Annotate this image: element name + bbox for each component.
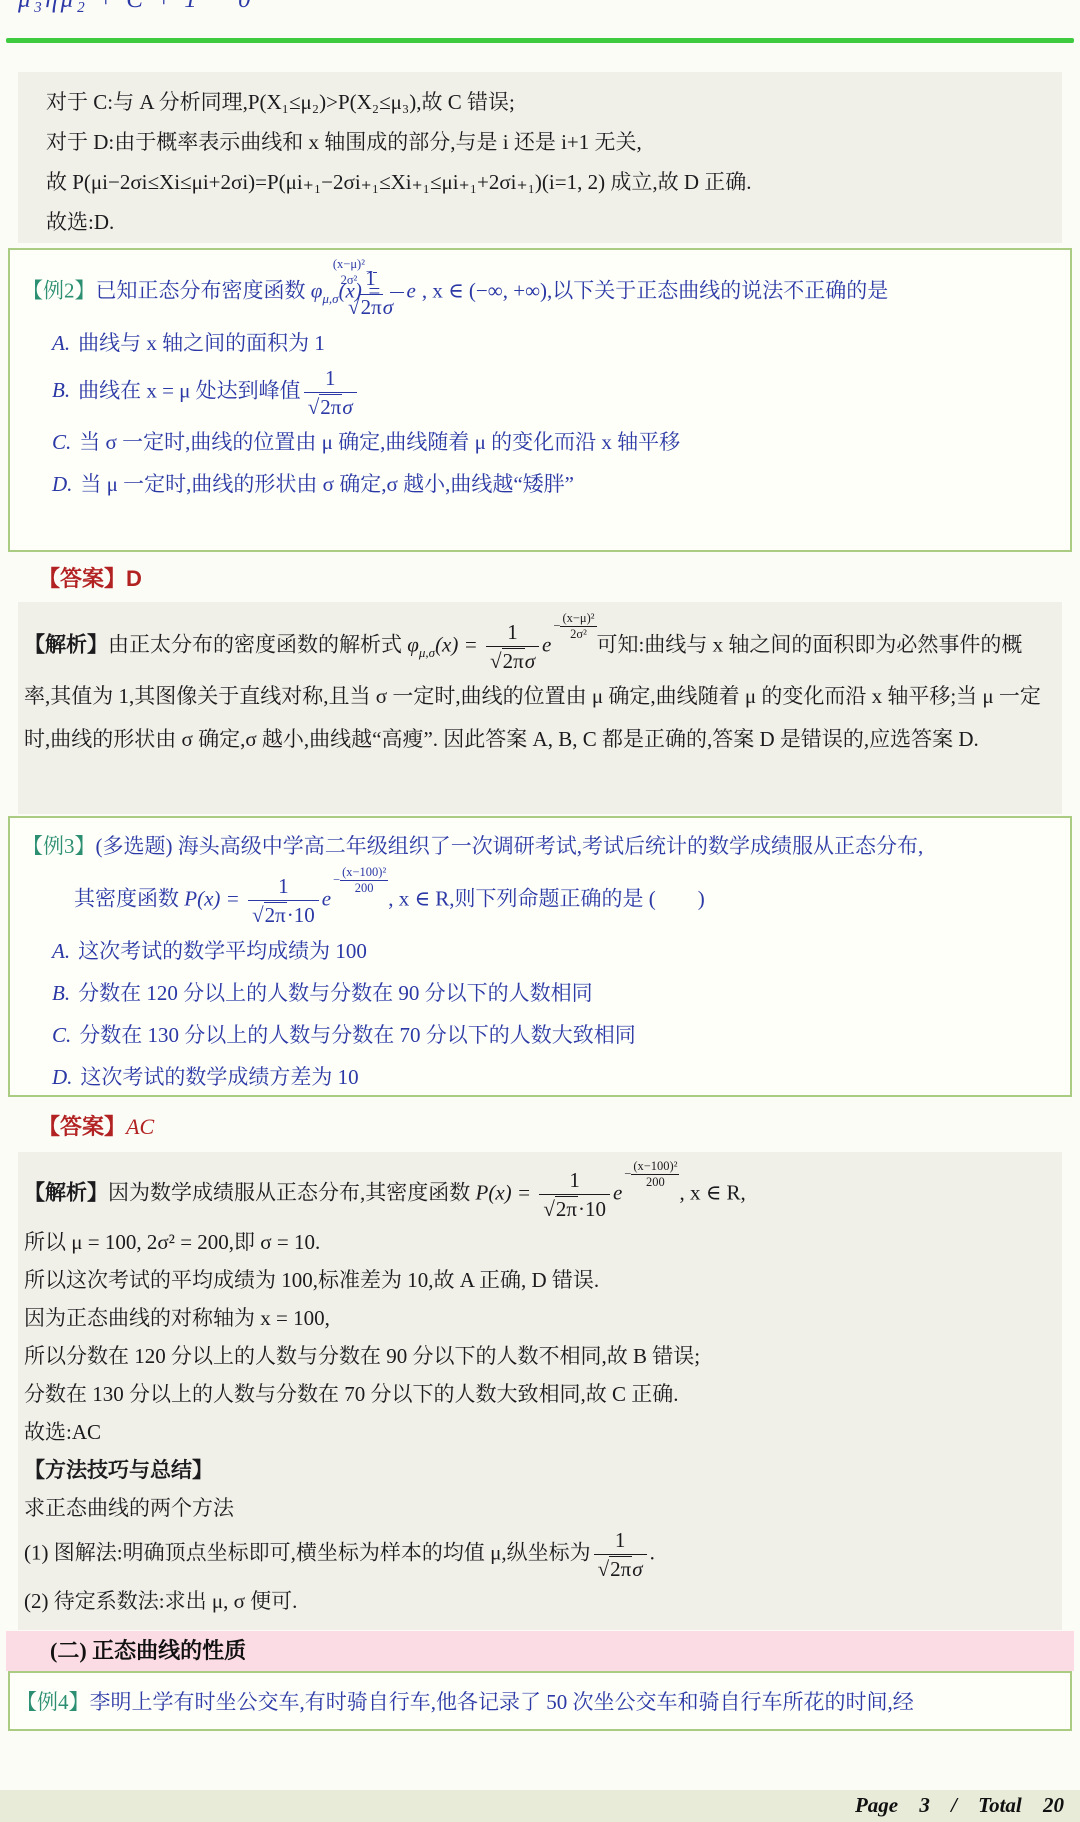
radical-sign: √	[598, 1557, 610, 1581]
fraction-denominator: √2πσ	[304, 393, 357, 420]
fraction: 1√2πσ	[594, 1527, 647, 1583]
section-header: (二) 正态曲线的性质	[6, 1631, 1074, 1671]
analysis-line: 因为正态曲线的对称轴为 x = 100,	[24, 1299, 1046, 1337]
analysis-post: , x ∈ R,	[679, 1181, 745, 1205]
example4-text: 李明上学有时坐公交车,有时骑自行车,他各记录了 50 次坐公交车和骑自行车所花的…	[90, 1690, 914, 1714]
method-item-1-pre: (1) 图解法:明确顶点坐标即可,横坐标为样本的均值 μ,纵坐标为	[24, 1540, 591, 1564]
example4-label: 【例4】	[16, 1690, 90, 1714]
section-header-text: (二) 正态曲线的性质	[50, 1638, 246, 1663]
fraction-numerator: 1	[248, 873, 319, 901]
fraction-denominator: √2πσ	[594, 1555, 647, 1582]
analysis-line: 故选:AC	[24, 1413, 1046, 1451]
radical-body: 2π	[502, 648, 525, 673]
example3-answer: 【答案】AC	[8, 1110, 154, 1141]
denominator-rest: σ	[525, 649, 535, 673]
method-summary-title: 【方法技巧与总结】	[24, 1451, 1046, 1489]
example2-intro-pre: 已知正态分布密度函数	[96, 279, 311, 303]
method-summary-subtitle: 求正态曲线的两个方法	[24, 1489, 1046, 1527]
example2-option-b: B.曲线在 x = μ 处达到峰值1√2πσ	[16, 365, 1058, 421]
analysis-tag: 【解析】	[24, 633, 108, 657]
fraction: 1√2πσ	[390, 265, 404, 321]
exponent-sign: −	[553, 619, 560, 633]
radical-body: 2π	[609, 1556, 632, 1581]
clipped-top-formula: μ₃ημ₂ + C + 1 − 0	[18, 0, 618, 17]
option-letter: B.	[52, 981, 70, 1005]
fraction: 1√2πσ	[304, 365, 357, 421]
analysis-paragraph: 【解析】因为数学成绩服从正态分布,其密度函数 P(x) = 1√2π·10e−(…	[24, 1160, 1046, 1223]
radical-body: 2π	[264, 902, 287, 927]
example3-analysis: 【解析】因为数学成绩服从正态分布,其密度函数 P(x) = 1√2π·10e−(…	[18, 1152, 1062, 1630]
page-footer: Page 3 / Total 20	[0, 1790, 1080, 1822]
formula-lhs: (x) =	[435, 633, 483, 657]
analysis-line: 分数在 130 分以上的人数与分数在 70 分以下的人数大致相同,故 C 正确.	[24, 1375, 1046, 1413]
denominator-rest: ·10	[578, 1197, 606, 1221]
option-letter: D.	[52, 1065, 72, 1089]
option-letter: C.	[52, 1023, 71, 1047]
example3-label: 【例3】	[22, 834, 96, 858]
formula-lhs: (x) =	[197, 887, 245, 911]
green-divider-rule	[6, 38, 1074, 43]
method-item-1: (1) 图解法:明确顶点坐标即可,横坐标为样本的均值 μ,纵坐标为1√2πσ.	[24, 1527, 1046, 1583]
e-symbol: e	[542, 633, 551, 657]
example3-option-b: B.分数在 120 分以上的人数与分数在 90 分以下的人数相同	[16, 973, 1058, 1013]
answer-value: AC	[126, 1114, 154, 1139]
exponent-denominator: 200	[340, 881, 388, 896]
exponent-numerator: (x−μ)²	[373, 258, 377, 273]
option-letter: D.	[52, 472, 72, 496]
option-text: 当 σ 一定时,曲线的位置由 μ 确定,曲线随着 μ 的变化而沿 x 轴平移	[79, 430, 680, 454]
radical-body: 2π	[360, 294, 383, 319]
example3-option-c: C.分数在 130 分以上的人数与分数在 70 分以下的人数大致相同	[16, 1015, 1058, 1055]
option-text: 曲线与 x 轴之间的面积为 1	[78, 331, 325, 355]
exponent-numerator: (x−μ)²	[560, 612, 596, 627]
solution-block-previous: 对于 C:与 A 分析同理,P(X₁≤μ₂)>P(X₂≤μ₃),故 C 错误; …	[18, 72, 1062, 243]
radical-sign: √	[543, 1197, 555, 1221]
answer-value: D	[126, 566, 142, 591]
analysis-paragraph: 【解析】由正太分布的密度函数的解析式 φμ,σ(x) = 1√2πσe−(x−μ…	[24, 612, 1046, 761]
phi-subscript: μ,σ	[419, 645, 435, 660]
e-symbol: e	[613, 1181, 622, 1205]
phi-symbol: φ	[311, 279, 323, 303]
example2-option-c: C.当 σ 一定时,曲线的位置由 μ 确定,曲线随着 μ 的变化而沿 x 轴平移	[16, 422, 1058, 462]
denominator-rest: ·10	[287, 903, 315, 927]
exponent: −(x−100)²200	[624, 1160, 679, 1190]
exponent-numerator: (x−100)²	[631, 1160, 679, 1175]
phi-subscript: μ,σ	[322, 291, 338, 306]
exponent-denominator: 200	[631, 1175, 679, 1190]
fraction: 1√2π·10	[248, 873, 319, 929]
e-symbol: e	[407, 279, 416, 303]
option-text: 当 μ 一定时,曲线的形状由 σ 确定,σ 越小,曲线越“矮胖”	[80, 472, 574, 496]
exponent-sign: −	[366, 265, 373, 279]
analysis-pre: 由正太分布的密度函数的解析式	[108, 633, 407, 657]
fraction-denominator: √2π·10	[248, 901, 319, 928]
fraction: 1√2π·10	[539, 1167, 610, 1223]
method-item-1-post: .	[650, 1540, 655, 1564]
example2-analysis: 【解析】由正太分布的密度函数的解析式 φμ,σ(x) = 1√2πσe−(x−μ…	[18, 602, 1062, 814]
fraction-numerator: 1	[304, 365, 357, 393]
option-letter: B.	[52, 378, 70, 402]
denominator-rest: σ	[632, 1557, 642, 1581]
exponent-fraction: (x−μ)²2σ²	[373, 258, 377, 288]
example2-box: 【例2】已知正态分布密度函数 φμ,σ(x) = 1√2πσe−(x−μ)²2σ…	[8, 248, 1072, 552]
example2-option-a: A.曲线与 x 轴之间的面积为 1	[16, 323, 1058, 363]
fraction-numerator: 1	[539, 1167, 610, 1195]
radical-sign: √	[308, 395, 320, 419]
fraction-denominator: √2πσ	[390, 293, 404, 320]
radical-sign: √	[490, 649, 502, 673]
example3-box: 【例3】(多选题) 海头高级中学高二年级组织了一次调研考试,考试后统计的数学成绩…	[8, 816, 1072, 1097]
analysis-line: 所以分数在 120 分以上的人数与分数在 90 分以下的人数不相同,故 B 错误…	[24, 1337, 1046, 1375]
solution-line: 对于 C:与 A 分析同理,P(X₁≤μ₂)>P(X₂≤μ₃),故 C 错误;	[46, 82, 1054, 122]
option-text: 曲线在 x = μ 处达到峰值	[78, 378, 301, 402]
option-text: 分数在 120 分以上的人数与分数在 90 分以下的人数相同	[78, 981, 593, 1005]
radical-sign: √	[348, 295, 360, 319]
analysis-pre: 因为数学成绩服从正态分布,其密度函数	[108, 1181, 476, 1205]
formula-lhs: (x) =	[488, 1181, 536, 1205]
example2-label: 【例2】	[22, 279, 96, 303]
exponent: −(x−μ)²2σ²	[553, 612, 596, 642]
exponent-denominator: 2σ²	[560, 627, 596, 642]
fraction-numerator: 1	[486, 619, 539, 647]
exponent-fraction: (x−100)²200	[340, 866, 388, 896]
P-symbol: P	[476, 1181, 489, 1205]
exponent-fraction: (x−μ)²2σ²	[560, 612, 596, 642]
exponent: −(x−100)²200	[333, 866, 388, 896]
example2-intro: 【例2】已知正态分布密度函数 φμ,σ(x) = 1√2πσe−(x−μ)²2σ…	[16, 258, 1058, 321]
clipped-top-formula-text: μ₃ημ₂ + C + 1 − 0	[18, 0, 618, 14]
analysis-tag: 【解析】	[24, 1181, 108, 1205]
analysis-line: 所以 μ = 100, 2σ² = 200,即 σ = 10.	[24, 1223, 1046, 1261]
fraction-numerator: 1	[594, 1527, 647, 1555]
example4-box: 【例4】李明上学有时坐公交车,有时骑自行车,他各记录了 50 次坐公交车和骑自行…	[8, 1671, 1072, 1731]
fraction-denominator: √2π·10	[539, 1195, 610, 1222]
fraction: 1√2πσ	[486, 619, 539, 675]
option-letter: C.	[52, 430, 71, 454]
denominator-rest: σ	[342, 395, 352, 419]
option-letter: A.	[52, 939, 70, 963]
radical-body: 2π	[319, 394, 342, 419]
radical-body: 2π	[555, 1196, 578, 1221]
example3-intro-line1: 【例3】(多选题) 海头高级中学高二年级组织了一次调研考试,考试后统计的数学成绩…	[16, 826, 1058, 866]
example3-line2-post: , x ∈ R,则下列命题正确的是 ( )	[388, 887, 705, 911]
option-text: 这次考试的数学成绩方差为 10	[80, 1065, 358, 1089]
option-text: 分数在 130 分以上的人数与分数在 70 分以下的人数大致相同	[79, 1023, 636, 1047]
example2-option-d: D.当 μ 一定时,曲线的形状由 σ 确定,σ 越小,曲线越“矮胖”	[16, 464, 1058, 504]
exponent-sign: −	[333, 873, 340, 887]
option-letter: A.	[52, 331, 70, 355]
fraction-denominator: √2πσ	[486, 647, 539, 674]
exponent-numerator: (x−100)²	[340, 866, 388, 881]
radical-sign: √	[252, 903, 264, 927]
P-symbol: P	[184, 887, 197, 911]
example3-line2-pre: 其密度函数	[74, 887, 184, 911]
example2-answer: 【答案】D	[8, 562, 142, 593]
option-text: 这次考试的数学平均成绩为 100	[78, 939, 367, 963]
exponent-denominator: 2σ²	[373, 273, 377, 288]
example2-intro-post: , x ∈ (−∞, +∞),以下关于正态曲线的说法不正确的是	[422, 279, 888, 303]
method-item-2: (2) 待定系数法:求出 μ, σ 便可.	[24, 1582, 1046, 1620]
denominator-rest: σ	[383, 295, 393, 319]
page-number: Page 3 / Total 20	[855, 1793, 1064, 1817]
answer-tag: 【答案】	[38, 1114, 126, 1139]
example3-option-d: D.这次考试的数学成绩方差为 10	[16, 1057, 1058, 1097]
fraction-numerator: 1	[390, 265, 404, 293]
exponent-fraction: (x−100)²200	[631, 1160, 679, 1190]
exponent-sign: −	[624, 1167, 631, 1181]
example3-option-a: A.这次考试的数学平均成绩为 100	[16, 931, 1058, 971]
solution-line: 故选:D.	[46, 202, 1054, 242]
analysis-line: 所以这次考试的平均成绩为 100,标准差为 10,故 A 正确, D 错误.	[24, 1261, 1046, 1299]
answer-tag: 【答案】	[38, 566, 126, 591]
example4-intro: 【例4】李明上学有时坐公交车,有时骑自行车,他各记录了 50 次坐公交车和骑自行…	[16, 1682, 1060, 1722]
phi-symbol: φ	[407, 633, 419, 657]
example3-intro-line2: 其密度函数 P(x) = 1√2π·10e−(x−100)²200, x ∈ R…	[16, 866, 1058, 929]
example3-line1-text: (多选题) 海头高级中学高二年级组织了一次调研考试,考试后统计的数学成绩服从正态…	[96, 834, 924, 858]
solution-line: 对于 D:由于概率表示曲线和 x 轴围成的部分,与是 i 还是 i+1 无关,	[46, 122, 1054, 162]
e-symbol: e	[322, 887, 331, 911]
solution-line: 故 P(μi−2σi≤Xi≤μi+2σi)=P(μi₊₁−2σi₊₁≤Xi₊₁≤…	[46, 162, 1054, 202]
